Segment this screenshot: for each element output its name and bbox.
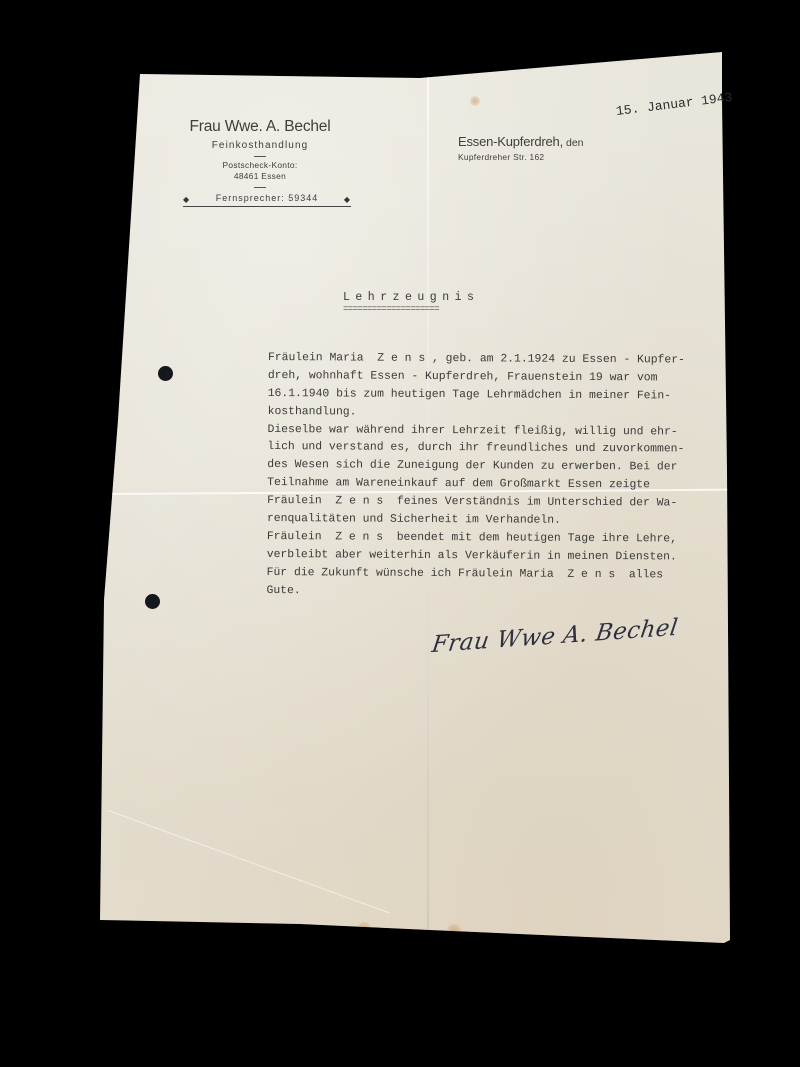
punch-hole-top [158,366,173,381]
rust-stain [357,922,371,936]
sender-trade: Feinkosthandlung [180,140,340,151]
document-title: Lehrzeugnis [343,291,479,304]
sender-name: Frau Wwe. A. Bechel [180,118,340,136]
letterhead-phone: ◆ Fernsprecher: 59344 ◆ [183,193,351,207]
postal-account-value: 48461 Essen [180,171,340,182]
place-name: Essen-Kupferdreh, [458,134,563,149]
body-line: Gute. [266,583,736,604]
postal-account-label: Postscheck-Konto: [180,160,340,171]
letterhead-sender: Frau Wwe. A. Bechel Feinkosthandlung Pos… [180,118,340,191]
den-label: den [566,137,584,149]
rust-stain [447,924,461,938]
rust-stain [470,96,480,106]
certificate-body: Fräulein Maria Z e n s , geb. am 2.1.192… [266,350,738,603]
divider [254,187,266,188]
diagonal-fold-crease [108,810,390,914]
body-line: Für die Zukunft wünsche ich Fräulein Mar… [267,565,737,586]
title-underline: ==================== [343,304,439,314]
diamond-ornament-icon: ◆ [344,195,351,204]
body-line: kosthandlung. [268,404,738,425]
phone-number: Fernsprecher: 59344 [216,193,319,203]
divider [254,156,266,157]
diamond-ornament-icon: ◆ [183,195,190,204]
punch-hole-bottom [145,594,160,609]
letterhead-place: Essen-Kupferdreh,den Kupferdreher Str. 1… [458,133,584,162]
street-address: Kupferdreher Str. 162 [458,152,584,162]
